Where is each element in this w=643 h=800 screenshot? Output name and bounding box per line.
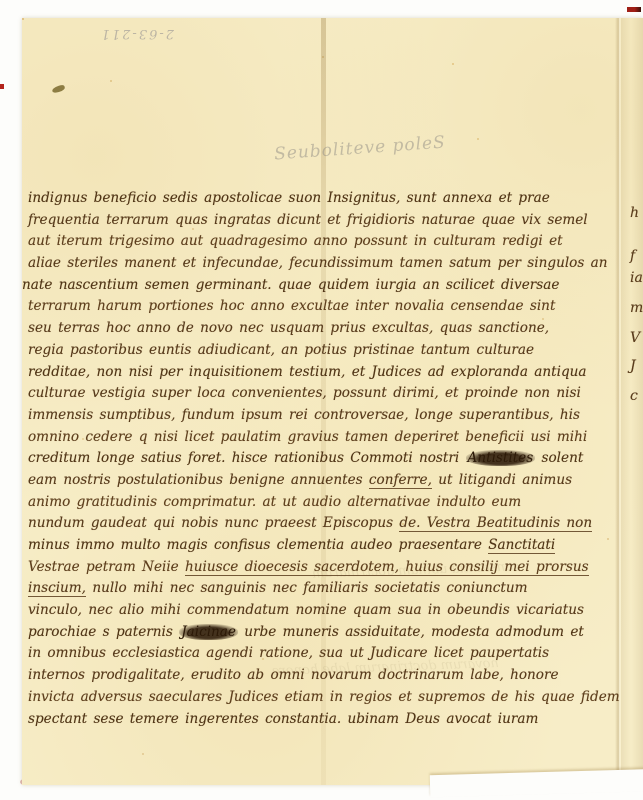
- manuscript-text: internos prodigalitate, erudito ab omni …: [28, 667, 559, 683]
- manuscript-line: culturae vestigia super loca conveniente…: [28, 383, 642, 405]
- scanned-letter-page: 2-63-211 Seuboliteve poleS constantia ub…: [0, 0, 643, 800]
- manuscript-text: aliae steriles manent et infecundae, fec…: [28, 255, 608, 271]
- manuscript-text: nate nascentium semen germinant. quae qu…: [22, 277, 559, 293]
- facing-page-letter-fragment: J: [630, 358, 636, 374]
- underlined-text: conferre,: [369, 472, 432, 489]
- registration-mark-left: [0, 84, 4, 89]
- manuscript-text: indignus beneficio sedis apostolicae suo…: [28, 190, 550, 206]
- ink-blot-word: Jaicinae: [179, 624, 238, 640]
- manuscript-line: immensis sumptibus, fundum ipsum rei con…: [28, 405, 642, 427]
- manuscript-line: nate nascentium semen germinant. quae qu…: [22, 275, 642, 297]
- manuscript-line: animo gratitudinis comprimatur. at ut au…: [28, 492, 642, 514]
- manuscript-text: culturae vestigia super loca conveniente…: [28, 385, 581, 401]
- manuscript-line: creditum longe satius foret. hisce ratio…: [28, 448, 642, 470]
- paper-speckles: [22, 18, 24, 20]
- manuscript-line: eam nostris postulationibus benigne annu…: [28, 470, 642, 492]
- manuscript-text: in omnibus ecclesiastica agendi ratione,…: [28, 645, 549, 661]
- ink-stain: [51, 84, 65, 94]
- manuscript-line: minus immo multo magis confisus clementi…: [28, 535, 642, 557]
- manuscript-text: nundum gaudeat qui nobis nunc praeest Ep…: [28, 515, 399, 531]
- facing-page-letter-fragment: m: [630, 300, 643, 316]
- manuscript-line: indignus beneficio sedis apostolicae suo…: [28, 188, 642, 210]
- manuscript-text: eam nostris postulationibus benigne annu…: [28, 472, 369, 488]
- manuscript-text: minus immo multo magis confisus clementi…: [28, 537, 488, 553]
- manuscript-text: urbe muneris assiduitate, modesta admodu…: [238, 624, 584, 640]
- manuscript-line: omnino cedere q nisi licet paulatim grav…: [28, 427, 642, 449]
- manuscript-line: frequentia terrarum quas ingratas dicunt…: [28, 210, 642, 232]
- manuscript-text: solent: [535, 450, 583, 466]
- facing-page-letter-fragment: f: [630, 248, 635, 264]
- pencil-inscription: Seuboliteve poleS: [274, 132, 460, 165]
- manuscript-text: redditae, non nisi per inquisitionem tes…: [28, 364, 587, 380]
- manuscript-text: terrarum harum portiones hoc anno excult…: [28, 298, 555, 314]
- manuscript-text-block: indignus beneficio sedis apostolicae suo…: [28, 188, 642, 730]
- manuscript-text: frequentia terrarum quas ingratas dicunt…: [28, 212, 588, 228]
- manuscript-text: immensis sumptibus, fundum ipsum rei con…: [28, 407, 580, 423]
- manuscript-line: parochiae s paternis Jaicinae urbe muner…: [28, 622, 642, 644]
- facing-page-letter-fragment: V: [630, 330, 640, 346]
- manuscript-line: aliae steriles manent et infecundae, fec…: [28, 253, 642, 275]
- manuscript-text: regia pastoribus euntis adiudicant, an p…: [28, 342, 534, 358]
- manuscript-line: internos prodigalitate, erudito ab omni …: [28, 665, 642, 687]
- manuscript-line: in omnibus ecclesiastica agendi ratione,…: [28, 643, 642, 665]
- manuscript-line: redditae, non nisi per inquisitionem tes…: [28, 362, 642, 384]
- underlined-text: Sanctitati: [488, 537, 555, 554]
- manuscript-line: seu terras hoc anno de novo nec usquam p…: [28, 318, 642, 340]
- manuscript-text: vinculo, nec alio mihi commendatum nomin…: [28, 602, 584, 618]
- manuscript-text: animo gratitudinis comprimatur. at ut au…: [28, 494, 521, 510]
- archival-number-pencil: 2-63-211: [84, 26, 174, 41]
- registration-mark-top-right: [627, 7, 641, 12]
- facing-page-letter-fragment: h: [630, 205, 639, 221]
- manuscript-line: Vestrae petram Neiie huiusce dioecesis s…: [28, 557, 642, 579]
- manuscript-text: aut iterum trigesimo aut quadragesimo an…: [28, 233, 563, 249]
- facing-page-letter-fragment: ia: [630, 270, 643, 286]
- manuscript-text: ut litigandi animus: [432, 472, 572, 488]
- manuscript-text: creditum longe satius foret. hisce ratio…: [28, 450, 466, 466]
- manuscript-line: regia pastoribus euntis adiudicant, an p…: [28, 340, 642, 362]
- manuscript-text: seu terras hoc anno de novo nec usquam p…: [28, 320, 549, 336]
- manuscript-line: inscium, nullo mihi nec sanguinis nec fa…: [28, 578, 642, 600]
- manuscript-text: parochiae s paternis: [28, 624, 179, 640]
- underlined-text: inscium,: [28, 580, 86, 597]
- manuscript-text: Vestrae petram Neiie: [28, 559, 185, 575]
- facing-page-letter-fragment: c: [630, 388, 638, 404]
- manuscript-line: terrarum harum portiones hoc anno excult…: [28, 296, 642, 318]
- underlined-text: huiusce dioecesis sacerdotem, huius cons…: [185, 559, 589, 576]
- manuscript-paper: 2-63-211 Seuboliteve poleS constantia ub…: [22, 18, 643, 785]
- manuscript-line: nundum gaudeat qui nobis nunc praeest Ep…: [28, 513, 642, 535]
- manuscript-line: vinculo, nec alio mihi commendatum nomin…: [28, 600, 642, 622]
- manuscript-text: invicta adversus saeculares Judices etia…: [28, 689, 620, 705]
- manuscript-text: spectant sese temere ingerentes constant…: [28, 711, 538, 727]
- underlined-text: de. Vestra Beatitudinis non: [399, 515, 592, 532]
- manuscript-line: spectant sese temere ingerentes constant…: [28, 709, 642, 731]
- manuscript-line: invicta adversus saeculares Judices etia…: [28, 687, 642, 709]
- manuscript-text: nullo mihi nec sanguinis nec familiaris …: [86, 580, 528, 596]
- manuscript-line: aut iterum trigesimo aut quadragesimo an…: [28, 231, 642, 253]
- manuscript-text: omnino cedere q nisi licet paulatim grav…: [28, 429, 587, 445]
- ink-blot-word: Antistites: [466, 450, 536, 466]
